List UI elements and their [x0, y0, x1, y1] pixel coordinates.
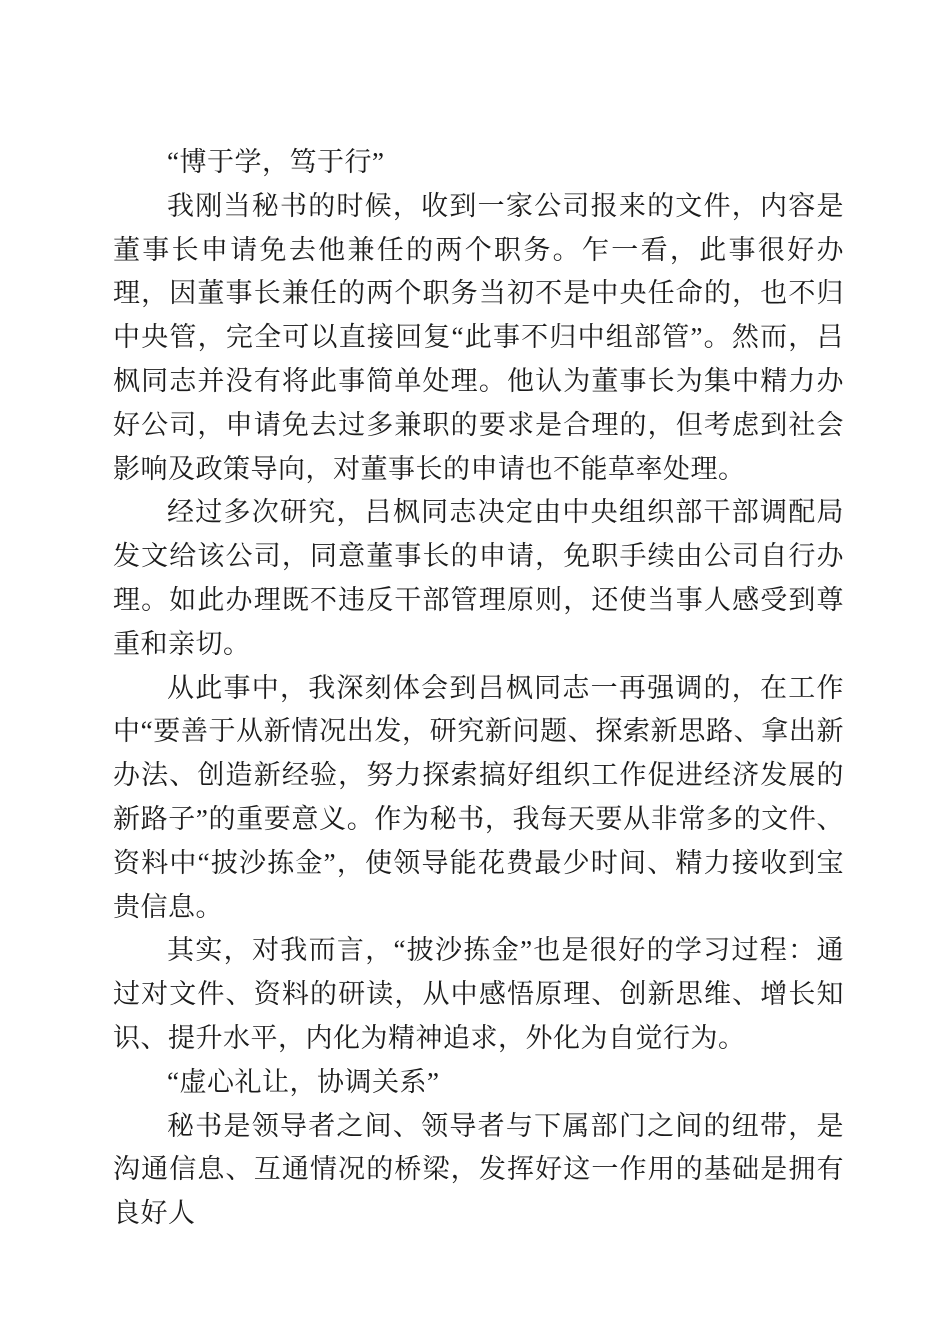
paragraph: 我刚当秘书的时候，收到一家公司报来的文件，内容是董事长申请免去他兼任的两个职务。… — [113, 185, 844, 492]
paragraph: 从此事中，我深刻体会到吕枫同志一再强调的，在工作中“要善于从新情况出发，研究新问… — [113, 667, 844, 930]
paragraph: 秘书是领导者之间、领导者与下属部门之间的纽带，是沟通信息、互通情况的桥梁，发挥好… — [113, 1105, 844, 1236]
paragraph: 其实，对我而言，“披沙拣金”也是很好的学习过程：通过对文件、资料的研读，从中感悟… — [113, 929, 844, 1060]
section-subheading: “博于学，笃于行” — [113, 141, 844, 185]
document-page: “博于学，笃于行”我刚当秘书的时候，收到一家公司报来的文件，内容是董事长申请免去… — [0, 0, 950, 1344]
paragraph: 经过多次研究，吕枫同志决定由中央组织部干部调配局发文给该公司，同意董事长的申请，… — [113, 491, 844, 666]
document-text-block: “博于学，笃于行”我刚当秘书的时候，收到一家公司报来的文件，内容是董事长申请免去… — [113, 141, 844, 1236]
section-subheading: “虚心礼让，协调关系” — [113, 1061, 844, 1105]
